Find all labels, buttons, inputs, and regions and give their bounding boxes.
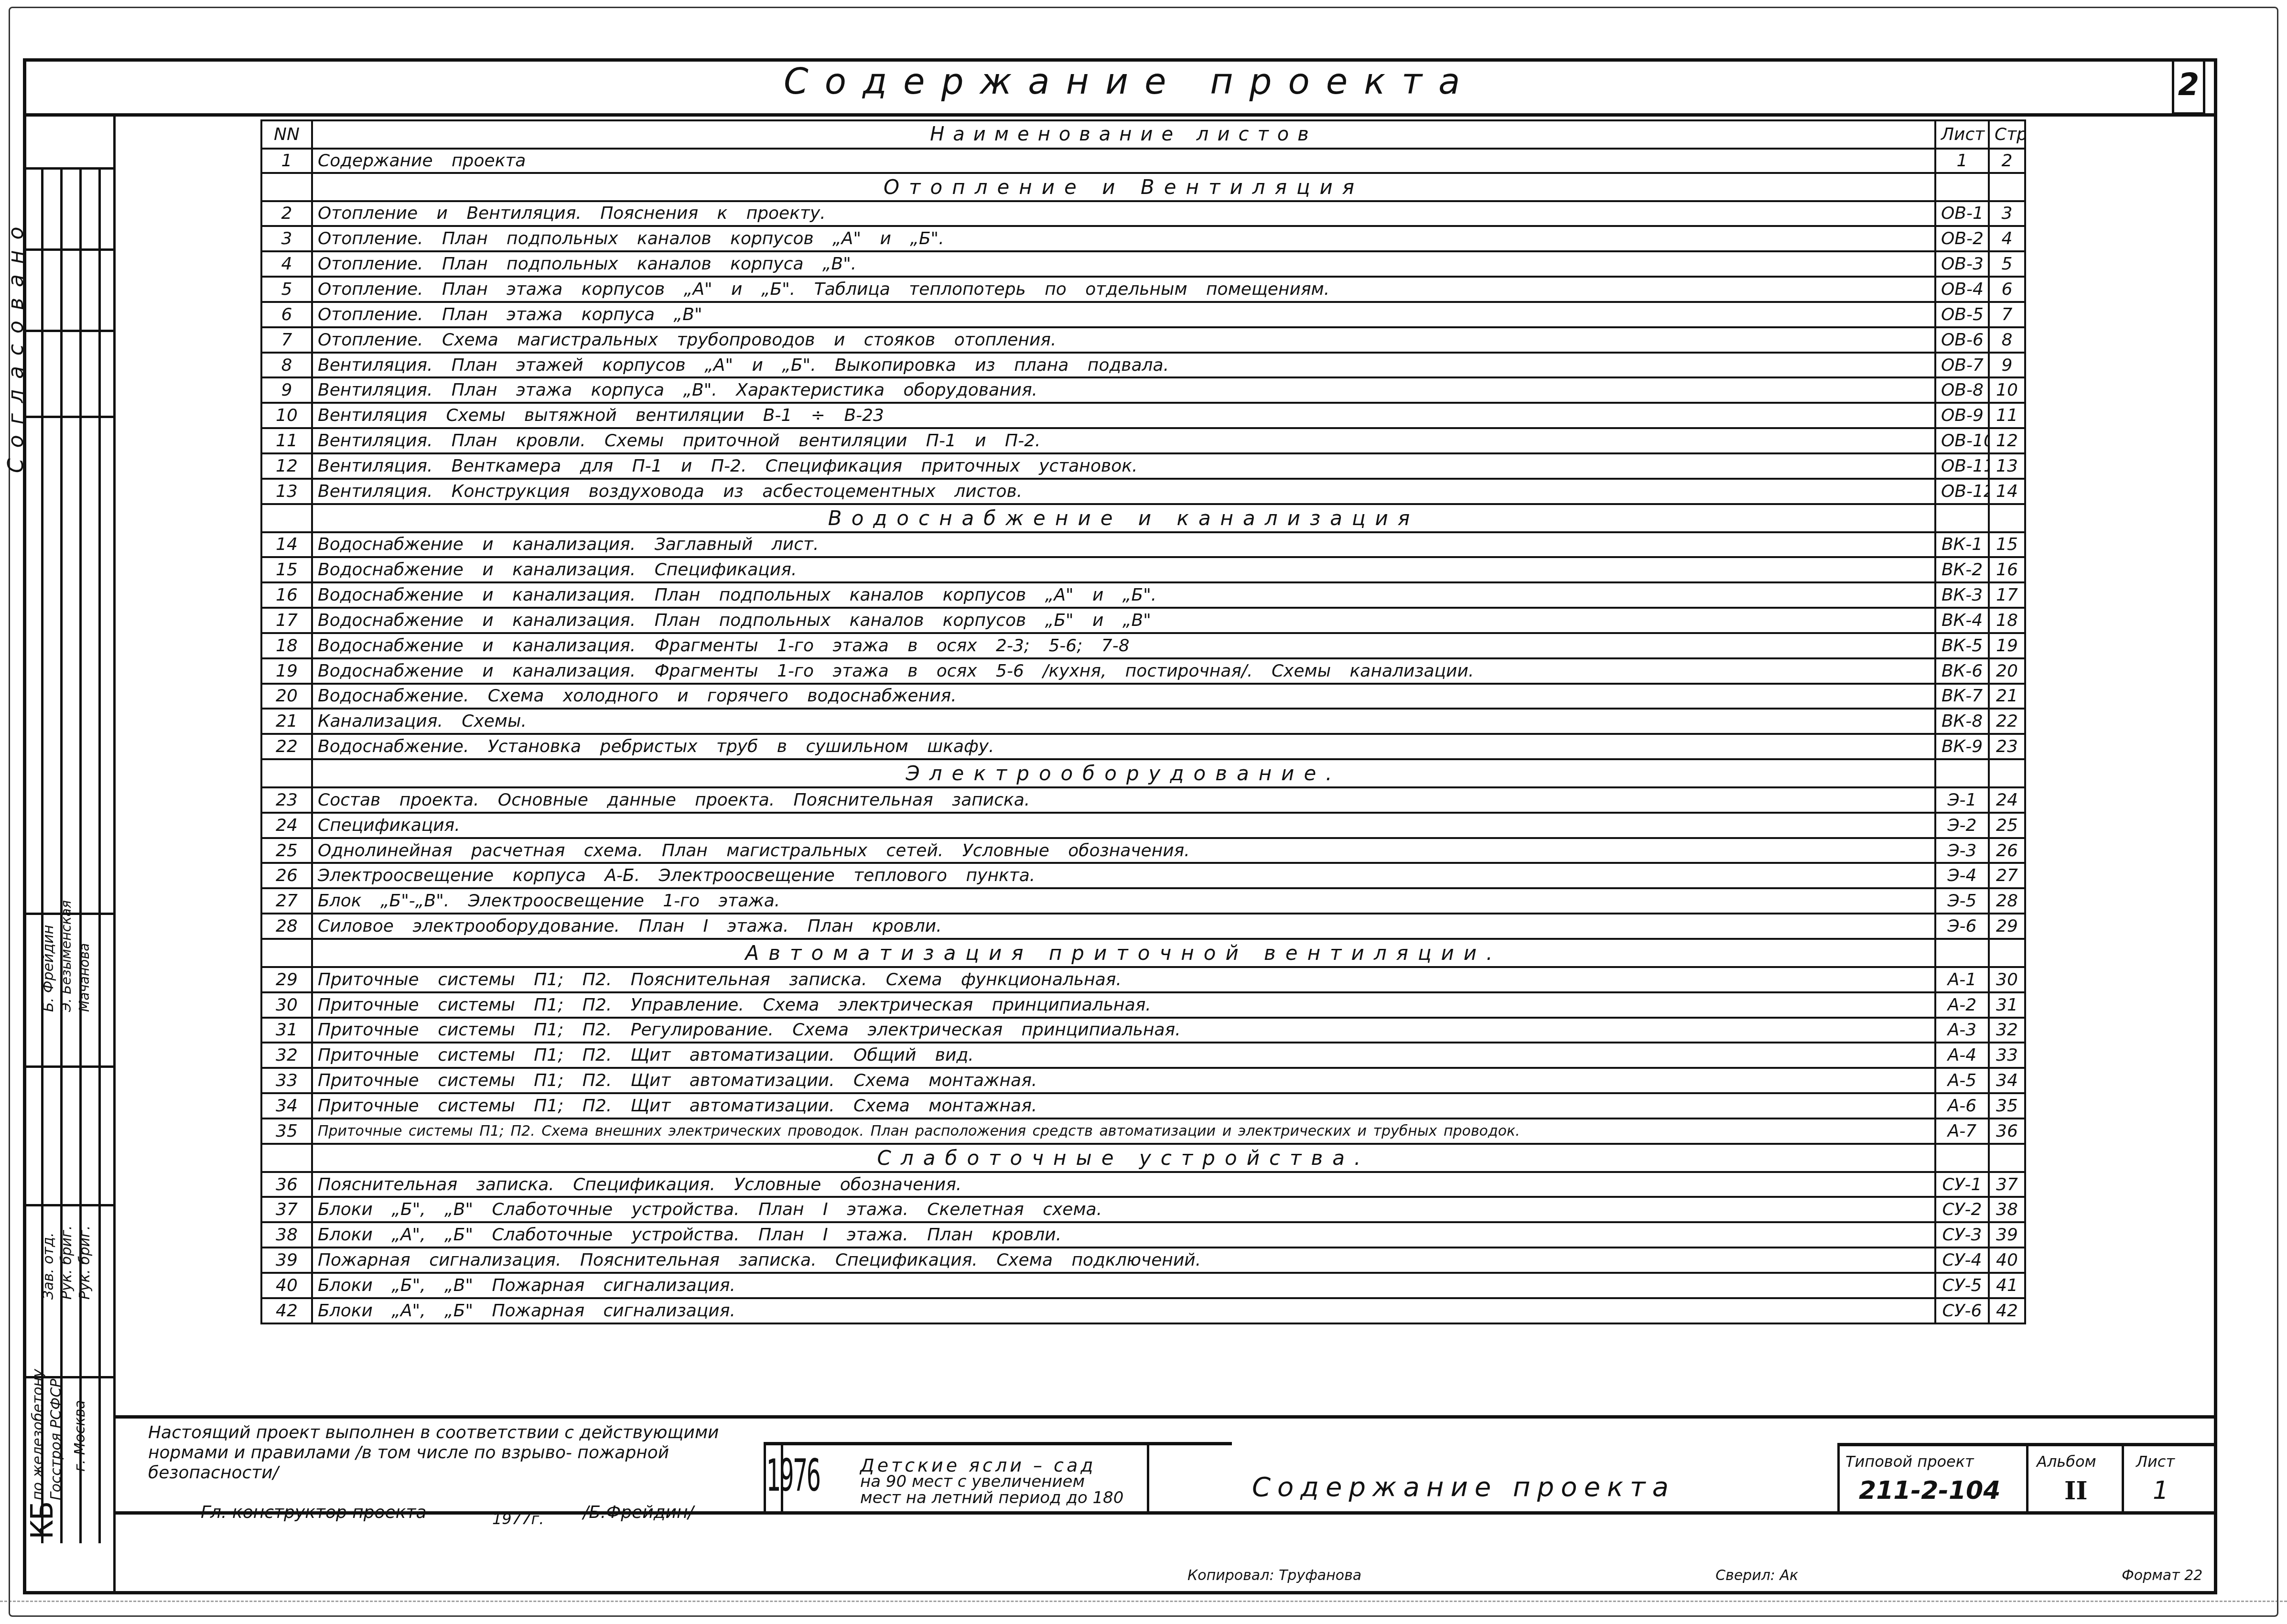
empty-cell xyxy=(1935,939,1989,967)
table-row: 12Вентиляция. Венткамера для П-1 и П-2. … xyxy=(261,453,2025,479)
table-row: 3Отопление. План подпольных каналов корп… xyxy=(261,226,2025,251)
page-number-cell: 42 xyxy=(1989,1298,2025,1323)
table-row: 14Водоснабжение и канализация. Заглавный… xyxy=(261,532,2025,558)
section-header-row: Водоснабжение и канализация xyxy=(261,504,2025,532)
table-header: NN Наименование листов Лист Стр. xyxy=(261,120,2025,149)
page-number-cell: 13 xyxy=(1989,453,2025,479)
table-row: 42Блоки „А", „Б" Пожарная сигнализация.С… xyxy=(261,1298,2025,1323)
page-number-cell: 25 xyxy=(1989,813,2025,838)
sheet-code: А-4 xyxy=(1935,1043,1989,1068)
sheet-code: ОВ-12 xyxy=(1935,479,1989,504)
table-row: 37Блоки „Б", „В" Слаботочные устройства.… xyxy=(261,1197,2025,1222)
signature-3: Мачанова xyxy=(76,943,92,1012)
copied-by: Копировал: Труфанова xyxy=(1187,1567,1361,1584)
page-number-cell: 36 xyxy=(1989,1119,2025,1144)
sheet-name: Пояснительная записка. Спецификация. Усл… xyxy=(312,1172,1935,1197)
row-number: 8 xyxy=(261,353,312,378)
sheet-name: Состав проекта. Основные данные проекта.… xyxy=(312,787,1935,813)
table-row: 1Содержание проекта12 xyxy=(261,149,2025,173)
page-number-cell: 30 xyxy=(1989,967,2025,992)
page-number-cell: 20 xyxy=(1989,658,2025,684)
signature-1: Б. Фрейдин xyxy=(40,925,57,1012)
object-description: Детские ясли – сад на 90 мест с увеличен… xyxy=(860,1457,1123,1506)
sheet-number: 1 xyxy=(2153,1476,2168,1505)
divider xyxy=(1837,1443,1840,1515)
divider xyxy=(1147,1442,1149,1515)
scan-edge xyxy=(0,1601,2287,1607)
row-number: 28 xyxy=(261,914,312,939)
page-number-cell: 31 xyxy=(1989,992,2025,1018)
row-number: 30 xyxy=(261,992,312,1018)
row-number: 4 xyxy=(261,251,312,277)
page-number-cell: 33 xyxy=(1989,1043,2025,1068)
empty-cell xyxy=(1989,759,2025,787)
page-number-cell: 28 xyxy=(1989,888,2025,914)
sheet-code: ОВ-7 xyxy=(1935,353,1989,378)
page-number-cell: 34 xyxy=(1989,1068,2025,1093)
sheet-name: Приточные системы П1; П2. Управление. Сх… xyxy=(312,992,1935,1018)
sheet-name: Отопление. План этажа корпусов „А" и „Б"… xyxy=(312,277,1935,302)
section-title: Слаботочные устройства. xyxy=(312,1144,1935,1172)
table-row: 31Приточные системы П1; П2. Регулировани… xyxy=(261,1018,2025,1043)
empty-cell xyxy=(261,759,312,787)
empty-cell xyxy=(1989,504,2025,532)
empty-cell xyxy=(1935,1144,1989,1172)
page-number-cell: 19 xyxy=(1989,633,2025,658)
sheet-name: Водоснабжение и канализация. План подпол… xyxy=(312,608,1935,633)
table-row: 22Водоснабжение. Установка ребристых тру… xyxy=(261,734,2025,759)
table-row: 24Спецификация.Э-225 xyxy=(261,813,2025,838)
sheet-code: А-1 xyxy=(1935,967,1989,992)
row-number: 20 xyxy=(261,684,312,709)
sheet-title: Содержание проекта xyxy=(1252,1472,1675,1503)
page-number-cell: 24 xyxy=(1989,787,2025,813)
section-title: Водоснабжение и канализация xyxy=(312,504,1935,532)
empty-cell xyxy=(1989,939,2025,967)
sheet-code: ВК-6 xyxy=(1935,658,1989,684)
typical-project-number: 211-2-104 xyxy=(1859,1476,2000,1505)
approval-stamp xyxy=(23,167,116,1543)
year-stamp: 1976 xyxy=(766,1450,820,1501)
sheet-code: ОВ-4 xyxy=(1935,277,1989,302)
section-header-row: Электрооборудование. xyxy=(261,759,2025,787)
table-row: 33Приточные системы П1; П2. Щит автомати… xyxy=(261,1068,2025,1093)
table-row: 4Отопление. План подпольных каналов корп… xyxy=(261,251,2025,277)
contents-table: NN Наименование листов Лист Стр. 1Содерж… xyxy=(260,119,2026,1324)
sheet-code: А-7 xyxy=(1935,1119,1989,1144)
row-number: 37 xyxy=(261,1197,312,1222)
empty-cell xyxy=(261,1144,312,1172)
table-row: 16Водоснабжение и канализация. План подп… xyxy=(261,582,2025,608)
album-label: Альбом xyxy=(2037,1452,2096,1471)
page-number-cell: 41 xyxy=(1989,1273,2025,1298)
sheet-name: Блоки „А", „Б" Пожарная сигнализация. xyxy=(312,1298,1935,1323)
sheet-name: Блоки „А", „Б" Слаботочные устройства. П… xyxy=(312,1222,1935,1248)
row-number: 21 xyxy=(261,709,312,734)
row-number: 39 xyxy=(261,1248,312,1273)
table-row: 27Блок „Б"-„В". Электроосвещение 1-го эт… xyxy=(261,888,2025,914)
empty-cell xyxy=(1989,1144,2025,1172)
sheet-name: Содержание проекта xyxy=(312,149,1935,173)
sheet-code: А-2 xyxy=(1935,992,1989,1018)
signature-2: Э. Безыменская xyxy=(58,900,74,1012)
table-row: 2Отопление и Вентиляция. Пояснения к про… xyxy=(261,201,2025,226)
row-number: 17 xyxy=(261,608,312,633)
sheet-name: Отопление. План этажа корпуса „В" xyxy=(312,302,1935,327)
sheet-name: Вентиляция. План кровли. Схемы приточной… xyxy=(312,428,1935,453)
page-number-cell: 6 xyxy=(1989,277,2025,302)
row-number: 10 xyxy=(261,403,312,428)
empty-cell xyxy=(261,173,312,201)
table-row: 17Водоснабжение и канализация. План подп… xyxy=(261,608,2025,633)
sheet-code: Э-6 xyxy=(1935,914,1989,939)
row-number: 34 xyxy=(261,1093,312,1119)
table-row: 29Приточные системы П1; П2. Пояснительна… xyxy=(261,967,2025,992)
divider xyxy=(764,1442,1232,1445)
sheet-code: ВК-2 xyxy=(1935,557,1989,582)
empty-cell xyxy=(261,504,312,532)
paper-format: Формат 22 xyxy=(2122,1567,2202,1584)
table-row: 26Электроосвещение корпуса А-Б. Электроо… xyxy=(261,863,2025,888)
org-logo: КБ xyxy=(25,1502,60,1538)
page-number-cell: 12 xyxy=(1989,428,2025,453)
row-number: 38 xyxy=(261,1222,312,1248)
page-number-cell: 22 xyxy=(1989,709,2025,734)
sheet-code: А-5 xyxy=(1935,1068,1989,1093)
page-number-cell: 11 xyxy=(1989,403,2025,428)
sheet-code: Э-1 xyxy=(1935,787,1989,813)
page-number-cell: 15 xyxy=(1989,532,2025,558)
table-row: 21Канализация. Схемы.ВК-822 xyxy=(261,709,2025,734)
row-number: 25 xyxy=(261,838,312,863)
page-number-cell: 7 xyxy=(1989,302,2025,327)
sheet-code: СУ-1 xyxy=(1935,1172,1989,1197)
sheet-code: ОВ-3 xyxy=(1935,251,1989,277)
chief-engineer-name: /Б.Фрейдин/ xyxy=(583,1503,694,1522)
row-number: 32 xyxy=(261,1043,312,1068)
object-line-3: мест на летний период до 180 xyxy=(860,1490,1123,1506)
sheet-code: ОВ-8 xyxy=(1935,377,1989,403)
section-title: Отопление и Вентиляция xyxy=(312,173,1935,201)
table-row: 35Приточные системы П1; П2. Схема внешни… xyxy=(261,1119,2025,1144)
sheet-code: ОВ-2 xyxy=(1935,226,1989,251)
row-number: 19 xyxy=(261,658,312,684)
col-page: Стр. xyxy=(1989,120,2025,149)
page-number-cell: 16 xyxy=(1989,557,2025,582)
row-number: 13 xyxy=(261,479,312,504)
sheet-name: Приточные системы П1; П2. Щит автоматиза… xyxy=(312,1068,1935,1093)
sheet-name: Силовое электрооборудование. План I этаж… xyxy=(312,914,1935,939)
col-name: Наименование листов xyxy=(312,120,1935,149)
table-row: 20Водоснабжение. Схема холодного и горяч… xyxy=(261,684,2025,709)
row-number: 27 xyxy=(261,888,312,914)
sheet-code: СУ-2 xyxy=(1935,1197,1989,1222)
sheet-code: ВК-5 xyxy=(1935,633,1989,658)
table-row: 11Вентиляция. План кровли. Схемы приточн… xyxy=(261,428,2025,453)
sheet-code: Э-3 xyxy=(1935,838,1989,863)
page-number-cell: 3 xyxy=(1989,201,2025,226)
page-number-cell: 8 xyxy=(1989,327,2025,353)
sheet-code: 1 xyxy=(1935,149,1989,173)
table-row: 40Блоки „Б", „В" Пожарная сигнализация.С… xyxy=(261,1273,2025,1298)
org-line-1: по железобетону xyxy=(30,1369,46,1500)
sheet-code: ВК-4 xyxy=(1935,608,1989,633)
sheet-name: Вентиляция. План этажа корпуса „В". Хара… xyxy=(312,377,1935,403)
sheet-name: Приточные системы П1; П2. Щит автоматиза… xyxy=(312,1043,1935,1068)
sheet-code: Э-5 xyxy=(1935,888,1989,914)
row-number: 15 xyxy=(261,557,312,582)
page-number-cell: 14 xyxy=(1989,479,2025,504)
empty-cell xyxy=(1989,173,2025,201)
org-line-3: г. Москва xyxy=(72,1400,88,1472)
page-number-cell: 10 xyxy=(1989,377,2025,403)
section-title: Электрооборудование. xyxy=(312,759,1935,787)
table-row: 9Вентиляция. План этажа корпуса „В". Хар… xyxy=(261,377,2025,403)
empty-cell xyxy=(1935,759,1989,787)
page-number: 2 xyxy=(2172,61,2205,115)
sheet-name: Водоснабжение и канализация. Фрагменты 1… xyxy=(312,658,1935,684)
page-number-cell: 26 xyxy=(1989,838,2025,863)
sheet-name: Отопление. План подпольных каналов корпу… xyxy=(312,251,1935,277)
page-number-cell: 32 xyxy=(1989,1018,2025,1043)
sheet-name: Приточные системы П1; П2. Регулирование.… xyxy=(312,1018,1935,1043)
row-number: 31 xyxy=(261,1018,312,1043)
table-row: 36Пояснительная записка. Спецификация. У… xyxy=(261,1172,2025,1197)
sheet-name: Вентиляция. Венткамера для П-1 и П-2. Сп… xyxy=(312,453,1935,479)
checked-by: Сверил: Ак xyxy=(1715,1567,1798,1584)
row-number: 29 xyxy=(261,967,312,992)
sheet-name: Блоки „Б", „В" Слаботочные устройства. П… xyxy=(312,1197,1935,1222)
sheet-code: Э-2 xyxy=(1935,813,1989,838)
chief-engineer-year: 1977г. xyxy=(492,1510,544,1528)
page-number-cell: 5 xyxy=(1989,251,2025,277)
row-number: 18 xyxy=(261,633,312,658)
empty-cell xyxy=(261,939,312,967)
sheet-name: Отопление и Вентиляция. Пояснения к прое… xyxy=(312,201,1935,226)
table-row: 30Приточные системы П1; П2. Управление. … xyxy=(261,992,2025,1018)
page-number-cell: 35 xyxy=(1989,1093,2025,1119)
sheet-name: Водоснабжение и канализация. План подпол… xyxy=(312,582,1935,608)
page-number-cell: 4 xyxy=(1989,226,2025,251)
sheet-name: Отопление. Схема магистральных трубопров… xyxy=(312,327,1935,353)
section-header-row: Автоматизация приточной вентиляции. xyxy=(261,939,2025,967)
sheet-code: ВК-9 xyxy=(1935,734,1989,759)
sheet-name: Пожарная сигнализация. Пояснительная зап… xyxy=(312,1248,1935,1273)
page-number-cell: 23 xyxy=(1989,734,2025,759)
sheet-code: ВК-8 xyxy=(1935,709,1989,734)
sheet-name: Приточные системы П1; П2. Щит автоматиза… xyxy=(312,1093,1935,1119)
sheet-label: Лист xyxy=(2136,1452,2175,1471)
row-number: 7 xyxy=(261,327,312,353)
col-nn: NN xyxy=(261,120,312,149)
row-number: 12 xyxy=(261,453,312,479)
row-number: 2 xyxy=(261,201,312,226)
table-row: 18Водоснабжение и канализация. Фрагменты… xyxy=(261,633,2025,658)
sheet-code: ОВ-1 xyxy=(1935,201,1989,226)
row-number: 3 xyxy=(261,226,312,251)
table-row: 38Блоки „А", „Б" Слаботочные устройства.… xyxy=(261,1222,2025,1248)
page-number-cell: 21 xyxy=(1989,684,2025,709)
org-line-2: Госстроя РСФСР xyxy=(48,1379,65,1500)
sheet-code: ВК-3 xyxy=(1935,582,1989,608)
sheet-code: А-6 xyxy=(1935,1093,1989,1119)
row-number: 16 xyxy=(261,582,312,608)
sheet-code: ОВ-5 xyxy=(1935,302,1989,327)
sheet-name: Отопление. План подпольных каналов корпу… xyxy=(312,226,1935,251)
row-number: 24 xyxy=(261,813,312,838)
object-line-2: на 90 мест с увеличением xyxy=(860,1473,1123,1490)
sheet-code: ОВ-6 xyxy=(1935,327,1989,353)
table-row: 19Водоснабжение и канализация. Фрагменты… xyxy=(261,658,2025,684)
table-row: 28Силовое электрооборудование. План I эт… xyxy=(261,914,2025,939)
page-number-cell: 29 xyxy=(1989,914,2025,939)
table-row: 7Отопление. Схема магистральных трубопро… xyxy=(261,327,2025,353)
divider xyxy=(2122,1443,2124,1515)
table-row: 25Однолинейная расчетная схема. План маг… xyxy=(261,838,2025,863)
row-number: 36 xyxy=(261,1172,312,1197)
row-number: 33 xyxy=(261,1068,312,1093)
row-number: 42 xyxy=(261,1298,312,1323)
divider xyxy=(1837,1443,2217,1446)
divider xyxy=(2026,1443,2028,1515)
sheet-code: ВК-7 xyxy=(1935,684,1989,709)
row-number: 40 xyxy=(261,1273,312,1298)
row-number: 5 xyxy=(261,277,312,302)
table-row: 15Водоснабжение и канализация. Специфика… xyxy=(261,557,2025,582)
section-title: Автоматизация приточной вентиляции. xyxy=(312,939,1935,967)
sheet-code: СУ-3 xyxy=(1935,1222,1989,1248)
row-number: 23 xyxy=(261,787,312,813)
page-number-cell: 39 xyxy=(1989,1222,2025,1248)
object-line-1: Детские ясли – сад xyxy=(860,1457,1123,1473)
sheet-name: Блоки „Б", „В" Пожарная сигнализация. xyxy=(312,1273,1935,1298)
table-row: 5Отопление. План этажа корпусов „А" и „Б… xyxy=(261,277,2025,302)
sheet-code: ОВ-9 xyxy=(1935,403,1989,428)
sheet-name: Канализация. Схемы. xyxy=(312,709,1935,734)
sheet-code: ОВ-11 xyxy=(1935,453,1989,479)
sheet-code: СУ-5 xyxy=(1935,1273,1989,1298)
sheet-code: Э-4 xyxy=(1935,863,1989,888)
role-3: Рук. бриг. xyxy=(76,1226,93,1300)
sheet-name: Водоснабжение и канализация. Спецификаци… xyxy=(312,557,1935,582)
sheet-name: Водоснабжение и канализация. Заглавный л… xyxy=(312,532,1935,558)
sheet-code: А-3 xyxy=(1935,1018,1989,1043)
chief-engineer-label: Гл. конструктор проекта xyxy=(201,1503,427,1522)
row-number: 14 xyxy=(261,532,312,558)
sheet-name: Однолинейная расчетная схема. План магис… xyxy=(312,838,1935,863)
row-number: 26 xyxy=(261,863,312,888)
role-1: Зав. отд. xyxy=(40,1233,57,1300)
section-header-row: Отопление и Вентиляция xyxy=(261,173,2025,201)
row-number: 9 xyxy=(261,377,312,403)
compliance-note: Настоящий проект выполнен в соответствии… xyxy=(148,1423,779,1483)
sheet-code: ОВ-10 xyxy=(1935,428,1989,453)
page-number-cell: 27 xyxy=(1989,863,2025,888)
page-number-cell: 40 xyxy=(1989,1248,2025,1273)
row-number: 6 xyxy=(261,302,312,327)
empty-cell xyxy=(1935,173,1989,201)
sheet-code: СУ-6 xyxy=(1935,1298,1989,1323)
table-row: 6Отопление. План этажа корпуса „В"ОВ-57 xyxy=(261,302,2025,327)
sheet-name: Вентиляция. План этажей корпусов „А" и „… xyxy=(312,353,1935,378)
sheet-code: ВК-1 xyxy=(1935,532,1989,558)
page-number-cell: 2 xyxy=(1989,149,2025,173)
row-number: 22 xyxy=(261,734,312,759)
col-sheet: Лист xyxy=(1935,120,1989,149)
table-row: 39Пожарная сигнализация. Пояснительная з… xyxy=(261,1248,2025,1273)
table-body: 1Содержание проекта12Отопление и Вентиля… xyxy=(261,149,2025,1323)
table-row: 32Приточные системы П1; П2. Щит автомати… xyxy=(261,1043,2025,1068)
empty-cell xyxy=(1935,504,1989,532)
page-number-cell: 9 xyxy=(1989,353,2025,378)
row-number: 35 xyxy=(261,1119,312,1144)
row-number: 11 xyxy=(261,428,312,453)
sheet-name: Приточные системы П1; П2. Пояснительная … xyxy=(312,967,1935,992)
page-number-cell: 38 xyxy=(1989,1197,2025,1222)
table-row: 10Вентиляция Схемы вытяжной вентиляции В… xyxy=(261,403,2025,428)
page-number-cell: 17 xyxy=(1989,582,2025,608)
section-header-row: Слаботочные устройства. xyxy=(261,1144,2025,1172)
table-row: 23Состав проекта. Основные данные проект… xyxy=(261,787,2025,813)
sheet-name: Вентиляция Схемы вытяжной вентиляции В-1… xyxy=(312,403,1935,428)
sheet-name: Блок „Б"-„В". Электроосвещение 1-го этаж… xyxy=(312,888,1935,914)
sheet-name: Водоснабжение. Установка ребристых труб … xyxy=(312,734,1935,759)
sheet-name: Водоснабжение и канализация. Фрагменты 1… xyxy=(312,633,1935,658)
row-number: 1 xyxy=(261,149,312,173)
sheet-name: Спецификация. xyxy=(312,813,1935,838)
agreed-label: Согласовано xyxy=(4,216,28,473)
sheet-code: СУ-4 xyxy=(1935,1248,1989,1273)
page-number-cell: 37 xyxy=(1989,1172,2025,1197)
album-number: II xyxy=(2064,1476,2088,1506)
typical-project-label: Типовой проект xyxy=(1845,1452,1974,1471)
sheet-name: Приточные системы П1; П2. Схема внешних … xyxy=(312,1119,1935,1144)
table-row: 34Приточные системы П1; П2. Щит автомати… xyxy=(261,1093,2025,1119)
role-2: Рук. бриг. xyxy=(58,1226,75,1300)
page-number-cell: 18 xyxy=(1989,608,2025,633)
sheet-name: Вентиляция. Конструкция воздуховода из а… xyxy=(312,479,1935,504)
sheet-name: Электроосвещение корпуса А-Б. Электроосв… xyxy=(312,863,1935,888)
table-row: 13Вентиляция. Конструкция воздуховода из… xyxy=(261,479,2025,504)
sheet-name: Водоснабжение. Схема холодного и горячег… xyxy=(312,684,1935,709)
table-row: 8Вентиляция. План этажей корпусов „А" и … xyxy=(261,353,2025,378)
page-title: Содержание проекта xyxy=(784,61,1476,102)
